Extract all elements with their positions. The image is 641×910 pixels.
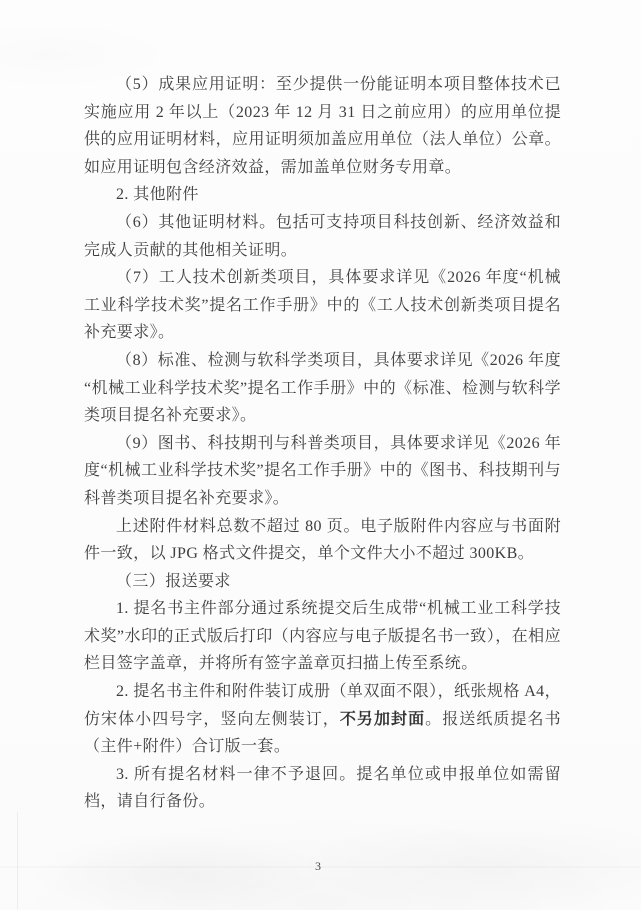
paragraph-item-7-worker-innovation-projects: （7）工人技术创新类项目，具体要求详见《2026 年度“机械工业科学技术奖”提名… [84,264,561,347]
paragraph-attachment-page-limit: 上述附件材料总数不超过 80 页。电子版附件内容应与书面附件一致，以 JPG 格… [84,513,561,568]
text-segment: （7）工人技术创新类项目，具体要求详见《2026 年度“机械工业科学技术奖”提名… [84,269,561,341]
paragraph-item-8-standards-testing-softscience-projects: （8）标准、检测与软科学类项目，具体要求详见《2026 年度“机械工业科学技术奖… [84,347,561,430]
page-number: 3 [0,859,636,874]
bold-text-segment: 不另加封面 [340,711,425,728]
text-segment: （8）标准、检测与软科学类项目，具体要求详见《2026 年度“机械工业科学技术奖… [84,352,561,424]
paragraph-item-6-other-proof-materials: （6）其他证明材料。包括可支持项目科技创新、经济效益和完成人贡献的其他相关证明。 [84,209,561,264]
document-body: （5）成果应用证明：至少提供一份能证明本项目整体技术已实施应用 2 年以上（20… [84,71,561,816]
text-segment: （三）报送要求 [116,573,231,590]
text-segment: （9）图书、科技期刊与科普类项目，具体要求详见《2026 年度“机械工业科学技术… [84,435,561,507]
paragraph-item-9-books-journals-popular-science-projects: （9）图书、科技期刊与科普类项目，具体要求详见《2026 年度“机械工业科学技术… [84,430,561,513]
text-segment: （5）成果应用证明：至少提供一份能证明本项目整体技术已实施应用 2 年以上（20… [84,76,561,176]
paragraph-heading-3-submission-requirements: （三）报送要求 [84,568,561,596]
text-segment: 上述附件材料总数不超过 80 页。电子版附件内容应与书面附件一致，以 JPG 格… [84,518,561,563]
text-segment: 3. 所有提名材料一律不予退回。提名单位或申报单位如需留档，请自行备份。 [84,766,561,811]
paragraph-submission-rule-3-no-return: 3. 所有提名材料一律不予退回。提名单位或申报单位如需留档，请自行备份。 [84,761,561,816]
scanned-document-page: （5）成果应用证明：至少提供一份能证明本项目整体技术已实施应用 2 年以上（20… [0,0,641,910]
text-segment: （6）其他证明材料。包括可支持项目科技创新、经济效益和完成人贡献的其他相关证明。 [84,214,561,259]
text-segment: 2. 其他附件 [116,186,199,203]
paragraph-heading-2-other-attachments: 2. 其他附件 [84,181,561,209]
text-segment: 1. 提名书主件部分通过系统提交后生成带“机械工业工科学技术奖”水印的正式版后打… [84,600,561,672]
paragraph-submission-rule-2-binding: 2. 提名书主件和附件装订成册（单双面不限），纸张规格 A4，仿宋体小四号字，竖… [84,678,561,761]
paragraph-submission-rule-1-print-and-upload: 1. 提名书主件部分通过系统提交后生成带“机械工业工科学技术奖”水印的正式版后打… [84,595,561,678]
paragraph-item-5-application-proof: （5）成果应用证明：至少提供一份能证明本项目整体技术已实施应用 2 年以上（20… [84,71,561,181]
